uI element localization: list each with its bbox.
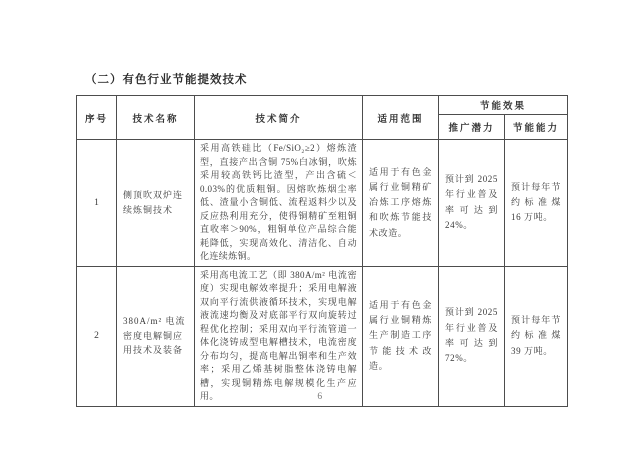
cell-tech-intro: 采用高电流工艺（即 380A/m² 电流密度）实现电解效率提升；采用电解液双向平… <box>195 266 363 406</box>
cell-scope: 适用于有色金属行业铜精炼生产制造工序节能技术改造。 <box>363 266 439 406</box>
page-number: 6 <box>0 392 640 402</box>
cell-scope: 适用于有色金属行业铜精矿冶炼工序熔炼和吹炼节能技术改造。 <box>363 140 439 267</box>
header-saving: 节能能力 <box>505 115 568 140</box>
technology-table: 序号 技术名称 技术简介 适用范围 节能效果 推广潜力 节能能力 1 侧顶吹双炉… <box>76 95 568 407</box>
cell-tech-name: 380A/m² 电流密度电解铜应用技术及装备 <box>117 266 195 406</box>
cell-index: 1 <box>77 140 117 267</box>
cell-promotion: 预计到 2025 年行业普及率可达到 24%。 <box>439 140 505 267</box>
cell-tech-intro: 采用高铁硅比（Fe/SiO₂≥2）熔炼渣型，直接产出含铜 75%白冰铜，吹炼采用… <box>195 140 363 267</box>
table-row: 2 380A/m² 电流密度电解铜应用技术及装备 采用高电流工艺（即 380A/… <box>77 266 568 406</box>
cell-saving: 预计每年节约标准煤 39 万吨。 <box>505 266 568 406</box>
section-title: （二）有色行业节能提效技术 <box>85 71 248 87</box>
cell-tech-name: 侧顶吹双炉连续炼铜技术 <box>117 140 195 267</box>
header-scope: 适用范围 <box>363 96 439 140</box>
cell-promotion: 预计到 2025 年行业普及率可达到 72%。 <box>439 266 505 406</box>
cell-index: 2 <box>77 266 117 406</box>
header-tech-intro: 技术简介 <box>195 96 363 140</box>
document-page: （二）有色行业节能提效技术 序号 技术名称 技术简介 适用范围 节能效果 推广潜… <box>0 0 640 453</box>
header-index: 序号 <box>77 96 117 140</box>
table-row: 1 侧顶吹双炉连续炼铜技术 采用高铁硅比（Fe/SiO₂≥2）熔炼渣型，直接产出… <box>77 140 568 267</box>
header-effect: 节能效果 <box>439 96 568 115</box>
cell-saving: 预计每年节约标准煤 16 万吨。 <box>505 140 568 267</box>
header-tech-name: 技术名称 <box>117 96 195 140</box>
header-promotion: 推广潜力 <box>439 115 505 140</box>
header-row-top: 序号 技术名称 技术简介 适用范围 节能效果 <box>77 96 568 115</box>
